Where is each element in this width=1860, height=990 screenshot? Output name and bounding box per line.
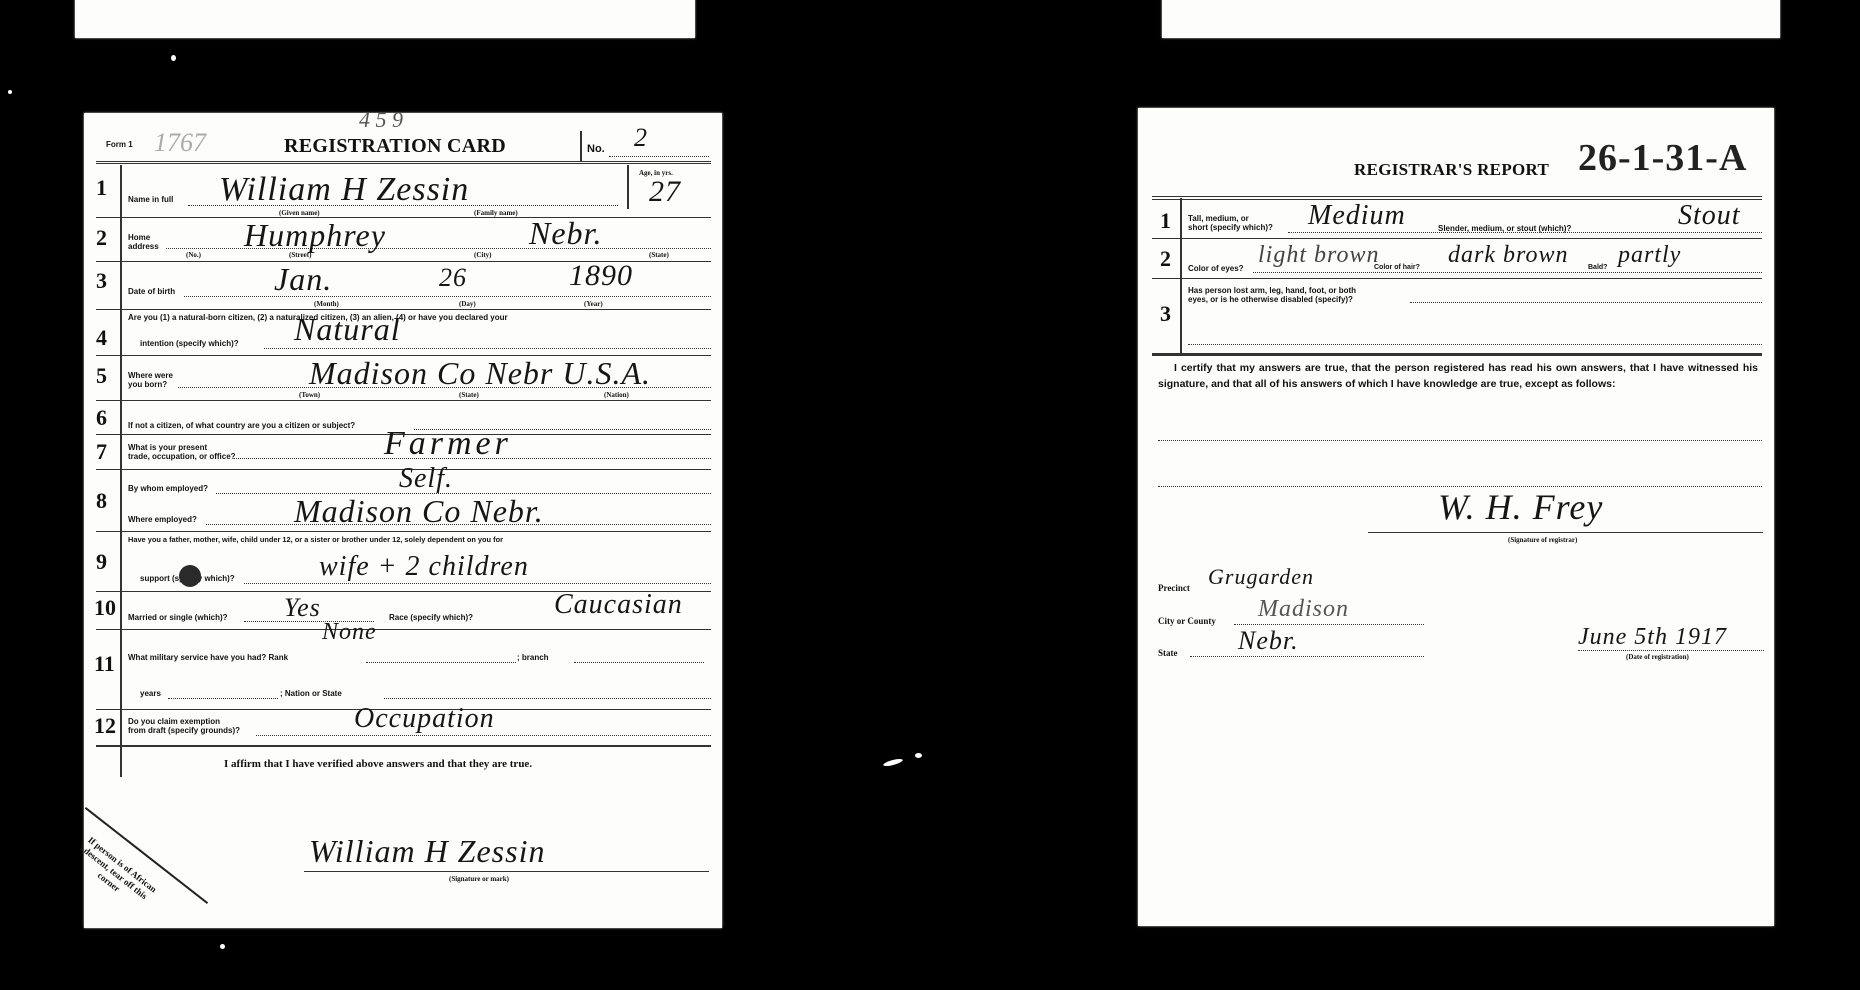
no-label: No. — [587, 143, 605, 155]
caption: (No.) — [186, 251, 201, 259]
row-number: 9 — [96, 549, 107, 575]
caption: (Given name) — [279, 209, 320, 217]
row-label: Color of hair? — [1374, 264, 1420, 271]
row-number: 3 — [1160, 301, 1171, 327]
report-title: REGISTRAR'S REPORT — [1354, 160, 1549, 180]
registrant-signature: William H Zessin — [309, 833, 545, 870]
home-city-value: Humphrey — [244, 217, 386, 254]
row-label: Race (specify which)? — [389, 613, 473, 622]
caption: (Day) — [459, 300, 476, 308]
row-label: intention (specify which)? — [140, 339, 239, 348]
caption: (Nation) — [604, 391, 629, 399]
registrar-signature-caption: (Signature of registrar) — [1508, 536, 1577, 544]
form-label: Form 1 — [106, 140, 133, 149]
row-number: 6 — [96, 405, 107, 431]
registrar-signature: W. H. Frey — [1438, 486, 1603, 528]
birth-day-value: 26 — [439, 263, 467, 293]
bald-value: partly — [1618, 242, 1681, 269]
scan-speck — [883, 757, 904, 767]
row-label: Do you claim exemptionfrom draft (specif… — [128, 717, 240, 735]
row-number: 8 — [96, 488, 107, 514]
row-number: 3 — [96, 268, 107, 294]
birthplace-value: Madison Co Nebr U.S.A. — [309, 355, 651, 392]
row-label: Where wereyou born? — [128, 371, 173, 389]
row-number: 2 — [96, 225, 107, 251]
row-label: years — [140, 689, 161, 698]
military-service-value: None — [322, 619, 377, 646]
row-label: Bald? — [1588, 264, 1607, 271]
scan-speck — [915, 753, 922, 758]
eye-color-value: light brown — [1258, 242, 1379, 269]
birth-month-value: Jan. — [274, 261, 332, 298]
registration-card: Form 1 1767 4 5 9 REGISTRATION CARD No. … — [84, 113, 722, 928]
build-value: Stout — [1678, 200, 1741, 232]
certification-text: I certify that my answers are true, that… — [1158, 360, 1758, 392]
row-number: 1 — [1160, 208, 1171, 234]
city-county-label: City or County — [1158, 616, 1216, 626]
card-title: REGISTRATION CARD — [284, 135, 506, 158]
exemption-value: Occupation — [354, 703, 495, 735]
ink-blot — [179, 565, 201, 587]
marital-status-value: Yes — [284, 593, 321, 623]
race-value: Caucasian — [554, 589, 683, 621]
age-value: 27 — [649, 175, 681, 209]
registration-date-value: June 5th 1917 — [1578, 624, 1727, 651]
row-label: Have you a father, mother, wife, child u… — [128, 535, 503, 544]
row-number: 2 — [1160, 246, 1171, 272]
state-label: State — [1158, 648, 1178, 658]
row-label: Tall, medium, orshort (specify which)? — [1188, 214, 1273, 232]
row-label: By whom employed? — [128, 484, 208, 493]
report-serial: 26-1-31-A — [1578, 136, 1747, 180]
caption: (Month) — [314, 300, 339, 308]
caption: (State) — [649, 251, 669, 259]
row-label: Homeaddress — [128, 233, 159, 251]
caption: (City) — [474, 251, 492, 259]
name-value: William H Zessin — [219, 171, 469, 209]
row-label: Slender, medium, or stout (which)? — [1438, 224, 1571, 233]
caption: (Street) — [289, 251, 311, 259]
occupation-value: Farmer — [384, 425, 512, 463]
height-value: Medium — [1308, 200, 1406, 232]
caption: (State) — [459, 391, 479, 399]
employer-value: Self. — [399, 463, 453, 495]
registrars-report-card: REGISTRAR'S REPORT 26-1-31-A 1 Tall, med… — [1138, 108, 1774, 926]
row-label: What military service have you had? Rank — [128, 653, 288, 662]
row-label: ; Nation or State — [280, 689, 342, 698]
row-label: Where employed? — [128, 515, 197, 524]
row-number: 12 — [94, 713, 116, 739]
precinct-value: Grugarden — [1208, 564, 1314, 590]
row-label: Color of eyes? — [1188, 264, 1244, 273]
affirmation-text: I affirm that I have verified above answ… — [224, 758, 532, 770]
divider — [580, 131, 582, 161]
tear-off-corner-note: If person is of African descent, tear of… — [70, 833, 161, 914]
row-label: ; branch — [517, 653, 549, 662]
row-label: Name in full — [128, 195, 173, 204]
caption: (Town) — [299, 391, 320, 399]
dependents-value: wife + 2 children — [319, 551, 529, 583]
row-label: What is your presenttrade, occupation, o… — [128, 443, 236, 461]
row-number: 11 — [94, 651, 115, 677]
row-number: 4 — [96, 325, 107, 351]
hair-color-value: dark brown — [1448, 242, 1568, 269]
home-state-value: Nebr. — [529, 215, 602, 252]
previous-card-right — [1162, 0, 1780, 38]
row-number: 1 — [96, 175, 107, 201]
row-label: If not a citizen, of what country are yo… — [128, 421, 355, 430]
precinct-label: Precinct — [1158, 583, 1190, 593]
scan-speck — [8, 90, 12, 94]
caption: (Family name) — [474, 209, 518, 217]
pencil-top-number: 4 5 9 — [359, 107, 403, 133]
registration-number: 2 — [634, 123, 648, 153]
registration-date-caption: (Date of registration) — [1626, 653, 1689, 661]
pencil-serial: 1767 — [154, 128, 206, 158]
city-county-value: Madison — [1258, 596, 1349, 623]
row-number: 10 — [94, 595, 116, 621]
row-number: 5 — [96, 363, 107, 389]
caption: (Year) — [584, 300, 603, 308]
row-label: Married or single (which)? — [128, 613, 228, 622]
signature-caption: (Signature or mark) — [449, 875, 509, 883]
birth-year-value: 1890 — [569, 259, 633, 293]
employment-place-value: Madison Co Nebr. — [294, 493, 544, 530]
row-label: Date of birth — [128, 287, 175, 296]
scan-speck — [220, 944, 225, 949]
previous-card-left — [75, 0, 695, 38]
row-number: 7 — [96, 439, 107, 465]
row-label: Has person lost arm, leg, hand, foot, or… — [1188, 286, 1356, 304]
citizenship-value: Natural — [294, 311, 401, 348]
state-value: Nebr. — [1238, 626, 1299, 656]
scan-speck — [171, 55, 176, 61]
